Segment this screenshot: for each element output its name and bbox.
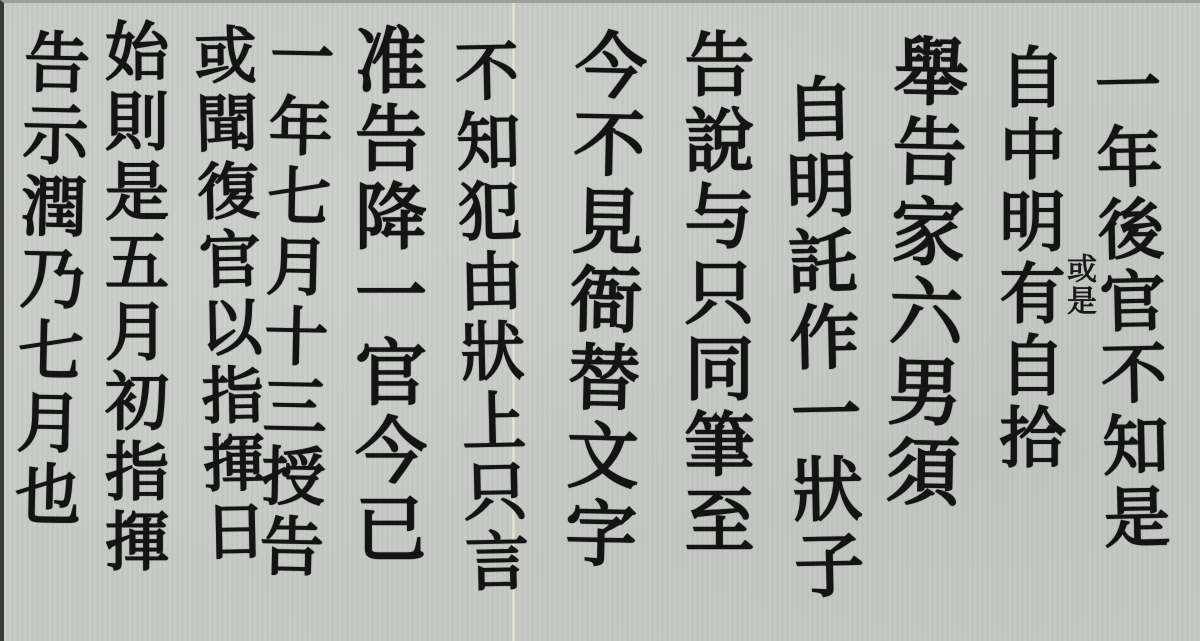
calligraphy-column: 或聞復官以指揮日 bbox=[188, 22, 261, 567]
calligraphy-paper: 一年後官不知是自中明有自拾舉告家六男須自明託作一狀子告說与只同筆至今不見衙替文字… bbox=[0, 0, 1200, 641]
calligraphy-column: 始則是五月初指揮 bbox=[99, 18, 163, 578]
calligraphy-columns: 一年後官不知是自中明有自拾舉告家六男須自明託作一狀子告說与只同筆至今不見衙替文字… bbox=[4, 3, 1200, 641]
calligraphy-column: 告示潤乃七月也 bbox=[9, 27, 86, 532]
calligraphy-column: 准告降一官今已 bbox=[349, 23, 421, 569]
calligraphy-column: 今不見衙替文字 bbox=[558, 27, 641, 574]
calligraphy-column: 不知犯由狀上只言 bbox=[448, 37, 524, 598]
calligraphy-column: 告說与只同筆至 bbox=[679, 28, 749, 560]
inline-annotation: 或是 bbox=[1056, 253, 1100, 317]
calligraphy-column: 自中明有自拾 bbox=[994, 43, 1060, 475]
calligraphy-column: 一年後官不知是 bbox=[1089, 50, 1166, 555]
calligraphy-column: 舉告家六男須 bbox=[879, 32, 963, 513]
calligraphy-column: 自明託作一狀子 bbox=[778, 72, 859, 605]
